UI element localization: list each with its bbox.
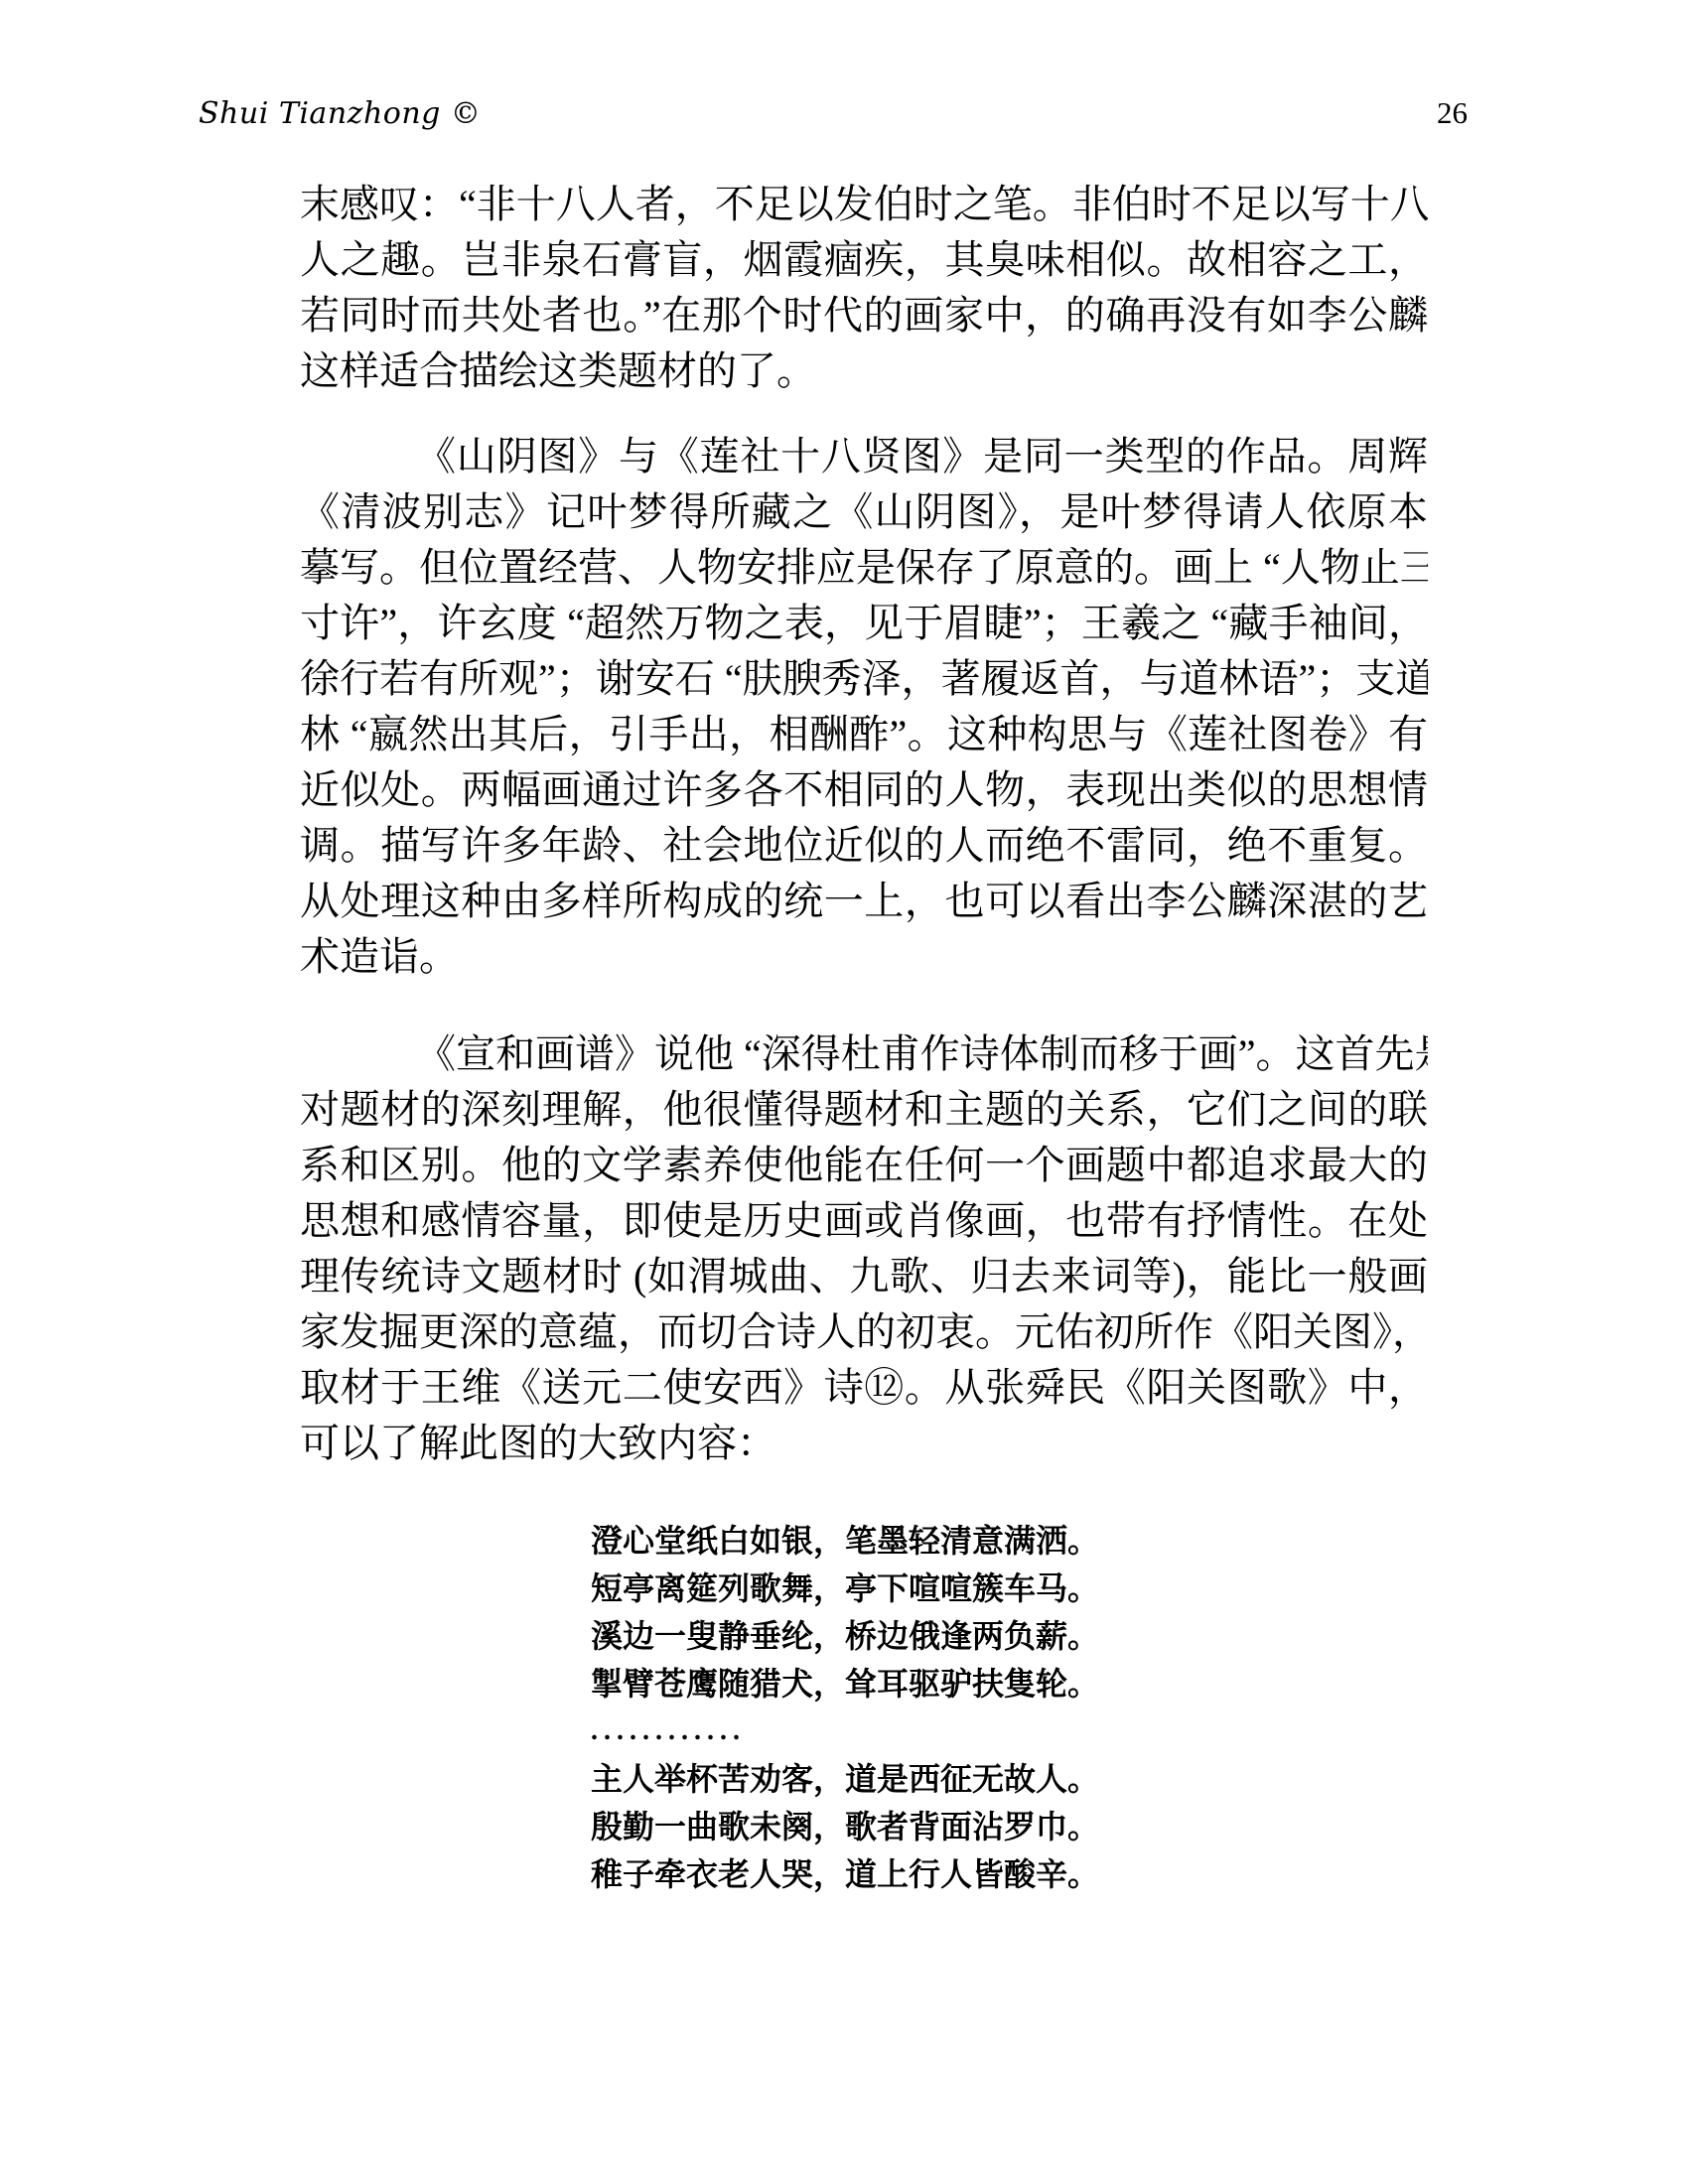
poem-line: 澄心堂纸白如银，笔墨轻清意满洒。	[591, 1517, 1428, 1565]
text-line: 摹写。但位置经营、人物安排应是保存了原意的。画上 “人物止三	[300, 540, 1428, 596]
poem-line: 稚子牵衣老人哭，道上行人皆酸辛。	[591, 1850, 1428, 1898]
poem-line: 殷勤一曲歌未阕，歌者背面沾罗巾。	[591, 1803, 1428, 1850]
text-line: 家发掘更深的意蕴，而切合诗人的初衷。元佑初所作《阳关图》，	[300, 1304, 1428, 1360]
text-line: 近似处。两幅画通过许多各不相同的人物，表现出类似的思想情	[300, 762, 1428, 818]
text-line: 理传统诗文题材时 (如渭城曲、九歌、归去来词等)，能比一般画	[300, 1249, 1428, 1304]
text-line: 对题材的深刻理解，他很懂得题材和主题的关系，它们之间的联	[300, 1082, 1428, 1138]
text-line: 调。描写许多年龄、社会地位近似的人而绝不雷同，绝不重复。	[300, 818, 1428, 874]
text-line: 林 “嬴然出其后，引手出，相酬酢”。这种构思与《莲社图卷》有	[300, 707, 1428, 762]
text-line: 寸许”，许玄度 “超然万物之表，见于眉睫”；王羲之 “藏手袖间，	[300, 596, 1428, 651]
page-number: 26	[1437, 95, 1468, 131]
text-line: 徐行若有所观”；谢安石 “肤腴秀泽，著履返首，与道林语”；支道	[300, 651, 1428, 707]
text-line: 末感叹：“非十八人者，不足以发伯时之笔。非伯时不足以写十八	[300, 177, 1428, 232]
text-line: 《清波别志》记叶梦得所藏之《山阴图》，是叶梦得请人依原本	[300, 484, 1428, 540]
text-line: 系和区别。他的文学素养使他能在任何一个画题中都追求最大的	[300, 1138, 1428, 1193]
poem-line: 短亭离筵列歌舞，亭下喧喧簇车马。	[591, 1565, 1428, 1612]
paragraph-3: 《宣和画谱》说他 “深得杜甫作诗体制而移于画”。这首先是对题材的深刻理解，他很懂…	[300, 1026, 1428, 1471]
text-line: 从处理这种由多样所构成的统一上，也可以看出李公麟深湛的艺	[300, 874, 1428, 929]
poem-line: ............	[591, 1707, 1428, 1755]
document-page: Shui Tianzhong © 26 末感叹：“非十八人者，不足以发伯时之笔。…	[0, 0, 1688, 2184]
poem-line: 主人举杯苦劝客，道是西征无故人。	[591, 1755, 1428, 1803]
text-line: 若同时而共处者也。”在那个时代的画家中，的确再没有如李公麟	[300, 288, 1428, 343]
text-line: 术造诣。	[300, 929, 1428, 985]
text-line: 《山阴图》与《莲社十八贤图》是同一类型的作品。周辉	[300, 429, 1428, 484]
poem-block: 澄心堂纸白如银，笔墨轻清意满洒。短亭离筵列歌舞，亭下喧喧簇车马。溪边一叟静垂纶，…	[591, 1517, 1428, 1898]
text-line: 可以了解此图的大致内容：	[300, 1416, 1428, 1471]
paragraph-1: 末感叹：“非十八人者，不足以发伯时之笔。非伯时不足以写十八人之趣。岂非泉石膏盲，…	[300, 177, 1428, 399]
poem-line: 溪边一叟静垂纶，桥边俄逢两负薪。	[591, 1612, 1428, 1660]
paragraph-2: 《山阴图》与《莲社十八贤图》是同一类型的作品。周辉《清波别志》记叶梦得所藏之《山…	[300, 429, 1428, 985]
text-line: 取材于王维《送元二使安西》诗⑫。从张舜民《阳关图歌》中，	[300, 1360, 1428, 1416]
author-name: Shui Tianzhong ©	[199, 96, 481, 131]
text-line: 这样适合描绘这类题材的了。	[300, 343, 1428, 399]
text-line: 人之趣。岂非泉石膏盲，烟霞痼疾，其臭味相似。故相容之工，	[300, 232, 1428, 288]
text-line: 《宣和画谱》说他 “深得杜甫作诗体制而移于画”。这首先是	[300, 1026, 1428, 1082]
text-line: 思想和感情容量，即使是历史画或肖像画，也带有抒情性。在处	[300, 1193, 1428, 1249]
body-text: 末感叹：“非十八人者，不足以发伯时之笔。非伯时不足以写十八人之趣。岂非泉石膏盲，…	[300, 177, 1428, 1898]
page-header: Shui Tianzhong © 26	[199, 95, 1468, 131]
poem-line: 掣臂苍鹰随猎犬，耸耳驱驴扶隻轮。	[591, 1660, 1428, 1707]
